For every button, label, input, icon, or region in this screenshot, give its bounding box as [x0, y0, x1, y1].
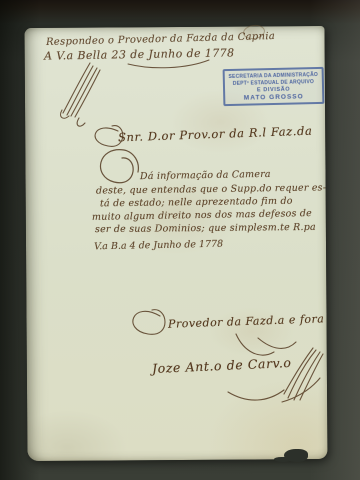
document-photo: Respondeo o Provedor da Fazda da Capnia … — [0, 0, 360, 480]
docket-underline-flourish — [128, 60, 209, 68]
archive-stamp: SECRETARIA DA ADMINISTRAÇÃO DEPTº ESTADU… — [223, 67, 325, 106]
body-line: ser de suas Dominios; que simplesm.te R.… — [95, 222, 316, 235]
stamp-line-4: MATO GROSSO — [226, 93, 321, 102]
initial-descender-loop — [101, 150, 139, 183]
paper-edge-tear — [284, 449, 308, 462]
paraph-rubric-top — [61, 63, 100, 126]
body-line: Dá informação da Camera — [140, 169, 271, 182]
